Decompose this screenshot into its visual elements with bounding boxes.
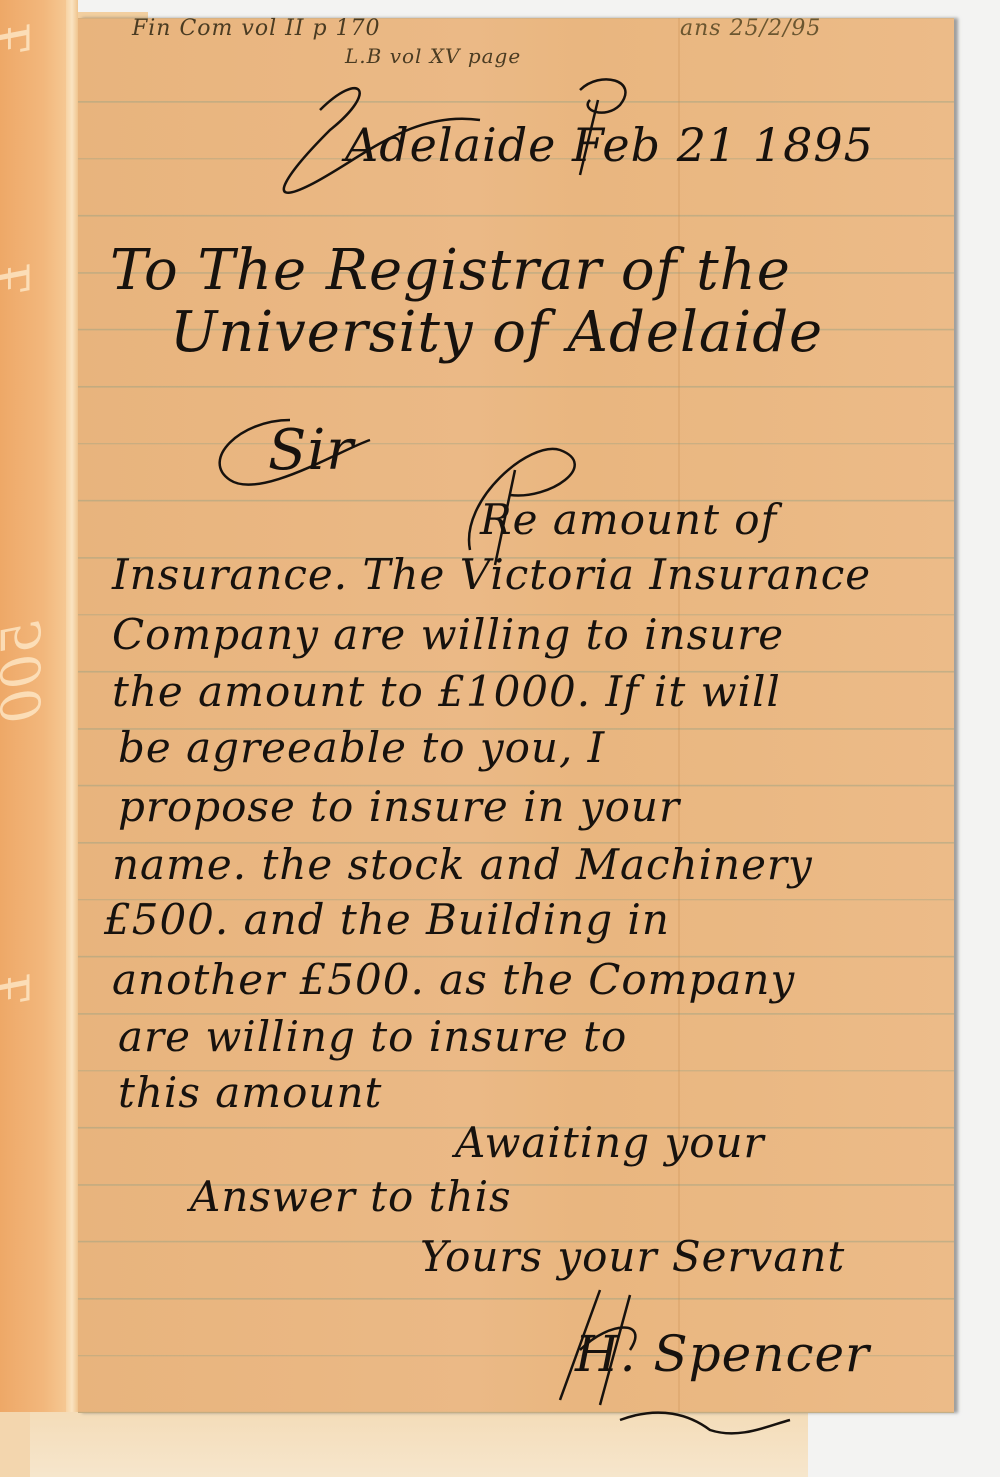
fold-gutter <box>66 0 78 1412</box>
under-sheet <box>0 1410 808 1477</box>
closing-line-1: Awaiting your <box>455 1118 765 1167</box>
archival-annotation-letterbook: L.B vol XV page <box>345 44 521 68</box>
body-line: £500. and the Building in <box>104 895 670 944</box>
closing-line-2: Answer to this <box>190 1172 512 1221</box>
letter-place-date: Adelaide Feb 21 1895 <box>345 118 874 172</box>
body-line: propose to insure in your <box>118 782 680 831</box>
salutation: Sir <box>268 418 354 483</box>
closing-line-3: Yours your Servant <box>420 1232 845 1281</box>
archival-annotation-answered: ans 25/2/95 <box>680 16 821 41</box>
folded-reverse-page <box>0 0 72 1412</box>
body-line: Insurance. The Victoria Insurance <box>112 550 871 599</box>
body-line: Re amount of <box>480 495 777 544</box>
body-line: name. the stock and Machinery <box>112 840 813 889</box>
body-line: Company are willing to insure <box>112 610 784 659</box>
body-line: another £500. as the Company <box>112 955 795 1004</box>
recipient-line-2: University of Adelaide <box>170 300 823 365</box>
recipient-line-1: To The Registrar of the <box>110 238 791 303</box>
body-line: the amount to £1000. If it will <box>112 667 781 716</box>
body-line: be agreeable to you, I <box>118 723 605 772</box>
archival-annotation-ref: Fin Com vol II p 170 <box>132 16 381 41</box>
body-line: are willing to insure to <box>118 1012 627 1061</box>
signature: H. Spencer <box>575 1325 870 1383</box>
under-sheet-edge <box>0 1410 30 1477</box>
body-line: this amount <box>118 1068 382 1117</box>
